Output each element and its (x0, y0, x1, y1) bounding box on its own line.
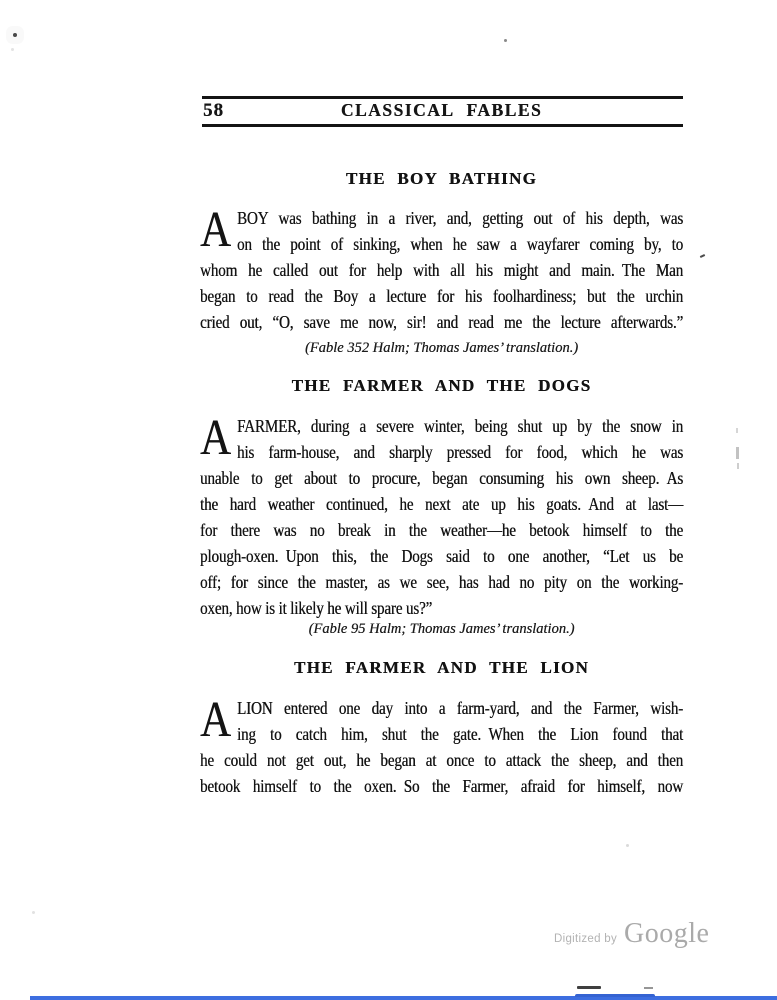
fable-paragraph: A FARMER, during a severe winter, being … (200, 413, 683, 621)
ink-speck (504, 39, 507, 42)
ink-speck (32, 911, 35, 914)
text-line: off; for since the master, as we see, ha… (200, 569, 683, 595)
text-line: FARMER, during a severe winter, being sh… (200, 413, 683, 439)
text-line: betook himself to the oxen. So the Farme… (200, 773, 683, 799)
fable-citation: (Fable 352 Halm; Thomas James’ translati… (200, 340, 683, 360)
text-line: his farm-house, and sharply pressed for … (200, 439, 683, 465)
watermark: Digitized by Google (554, 918, 724, 952)
google-logo: Google (624, 918, 709, 950)
text-line: he could not get out, he began at once t… (200, 747, 683, 773)
fable-paragraph: A LION entered one day into a farm-yard,… (200, 695, 683, 799)
text-line: BOY was bathing in a river, and, getting… (200, 205, 683, 231)
text-line: oxen, how is it likely he will spare us?… (200, 595, 683, 621)
margin-mark (737, 463, 739, 469)
text-line: ing to catch him, shut the gate. When th… (200, 721, 683, 747)
fable-title-boy-bathing: THE BOY BATHING (200, 169, 683, 191)
ink-speck (626, 844, 629, 847)
drop-cap: A (200, 205, 237, 257)
running-title: CLASSICAL FABLES (200, 100, 683, 122)
watermark-prefix: Digitized by (554, 933, 617, 945)
scan-smudge (577, 986, 601, 989)
text-line: plough-oxen. Upon this, the Dogs said to… (200, 543, 683, 569)
drop-cap: A (200, 413, 237, 465)
ink-speck (11, 48, 14, 51)
fable-title-farmer-lion: THE FARMER AND THE LION (200, 658, 683, 680)
header-rule-bottom (202, 124, 683, 127)
margin-mark (736, 447, 739, 459)
scan-edge-strip (30, 996, 777, 1000)
scan-edge-bump (575, 994, 655, 997)
text-line: LION entered one day into a farm-yard, a… (200, 695, 683, 721)
ink-speck (13, 33, 17, 37)
header-rule-top (202, 96, 683, 99)
fable-citation: (Fable 95 Halm; Thomas James’ translatio… (200, 621, 683, 641)
scan-smudge (644, 987, 653, 989)
text-line: unable to get about to procure, began co… (200, 465, 683, 491)
fable-paragraph: A BOY was bathing in a river, and, getti… (200, 205, 683, 335)
drop-cap: A (200, 695, 237, 747)
text-line: whom he called out for help with all his… (200, 257, 683, 283)
text-line: on the point of sinking, when he saw a w… (200, 231, 683, 257)
text-line: began to read the Boy a lecture for his … (200, 283, 683, 309)
text-line: the hard weather continued, he next ate … (200, 491, 683, 517)
text-line: for there was no break in the weather—he… (200, 517, 683, 543)
ink-tick (700, 254, 705, 258)
fable-title-farmer-dogs: THE FARMER AND THE DOGS (200, 376, 683, 398)
margin-mark (736, 428, 738, 433)
text-line: cried out, “O, save me now, sir! and rea… (200, 309, 683, 335)
